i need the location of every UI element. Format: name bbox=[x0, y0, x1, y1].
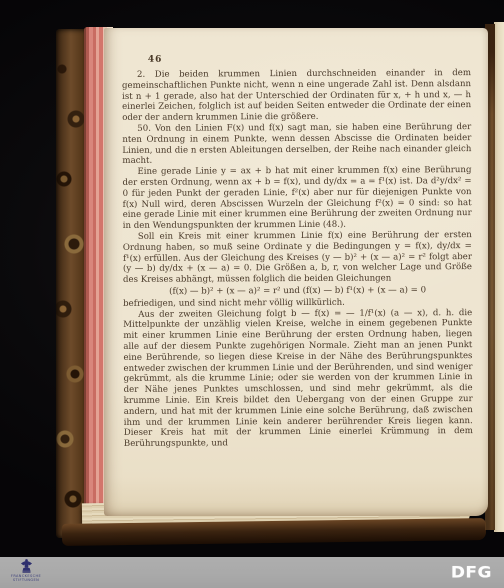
page-number: 46 bbox=[148, 55, 163, 65]
library-name-line2: STIFTUNGEN bbox=[4, 578, 48, 582]
paragraph: 2. Die beiden krummen Linien durchschnei… bbox=[122, 68, 471, 124]
book-page: 46 2. Die beiden krummen Linien durchsch… bbox=[104, 28, 488, 516]
page-content: 46 2. Die beiden krummen Linien durchsch… bbox=[103, 27, 490, 517]
centered-equation: (f(x) — b)² + (x — a)² = r² und (f(x) — … bbox=[123, 285, 472, 298]
body-text: 2. Die beiden krummen Linien durchschnei… bbox=[122, 68, 473, 450]
library-eagle-icon bbox=[20, 558, 33, 574]
footer-bar: FRANCKESCHE STIFTUNGEN DFG bbox=[0, 557, 504, 588]
paragraph: Soll ein Kreis mit einer krummen Linie f… bbox=[123, 230, 472, 286]
facing-page-strip bbox=[494, 22, 504, 532]
photo-backdrop: 46 2. Die beiden krummen Linien durchsch… bbox=[0, 0, 504, 588]
library-logo: FRANCKESCHE STIFTUNGEN bbox=[4, 558, 48, 582]
dfg-logo: DFG bbox=[451, 564, 492, 582]
book-cover-bottom bbox=[62, 518, 486, 546]
paragraph: Aus der zweiten Gleichung folgt b — f(x)… bbox=[123, 308, 473, 450]
paragraph: 50. Von den Linien F(x) und f(x) sagt ma… bbox=[122, 122, 471, 167]
paragraph: Eine gerade Linie y = ax + b hat mit ein… bbox=[122, 165, 471, 232]
